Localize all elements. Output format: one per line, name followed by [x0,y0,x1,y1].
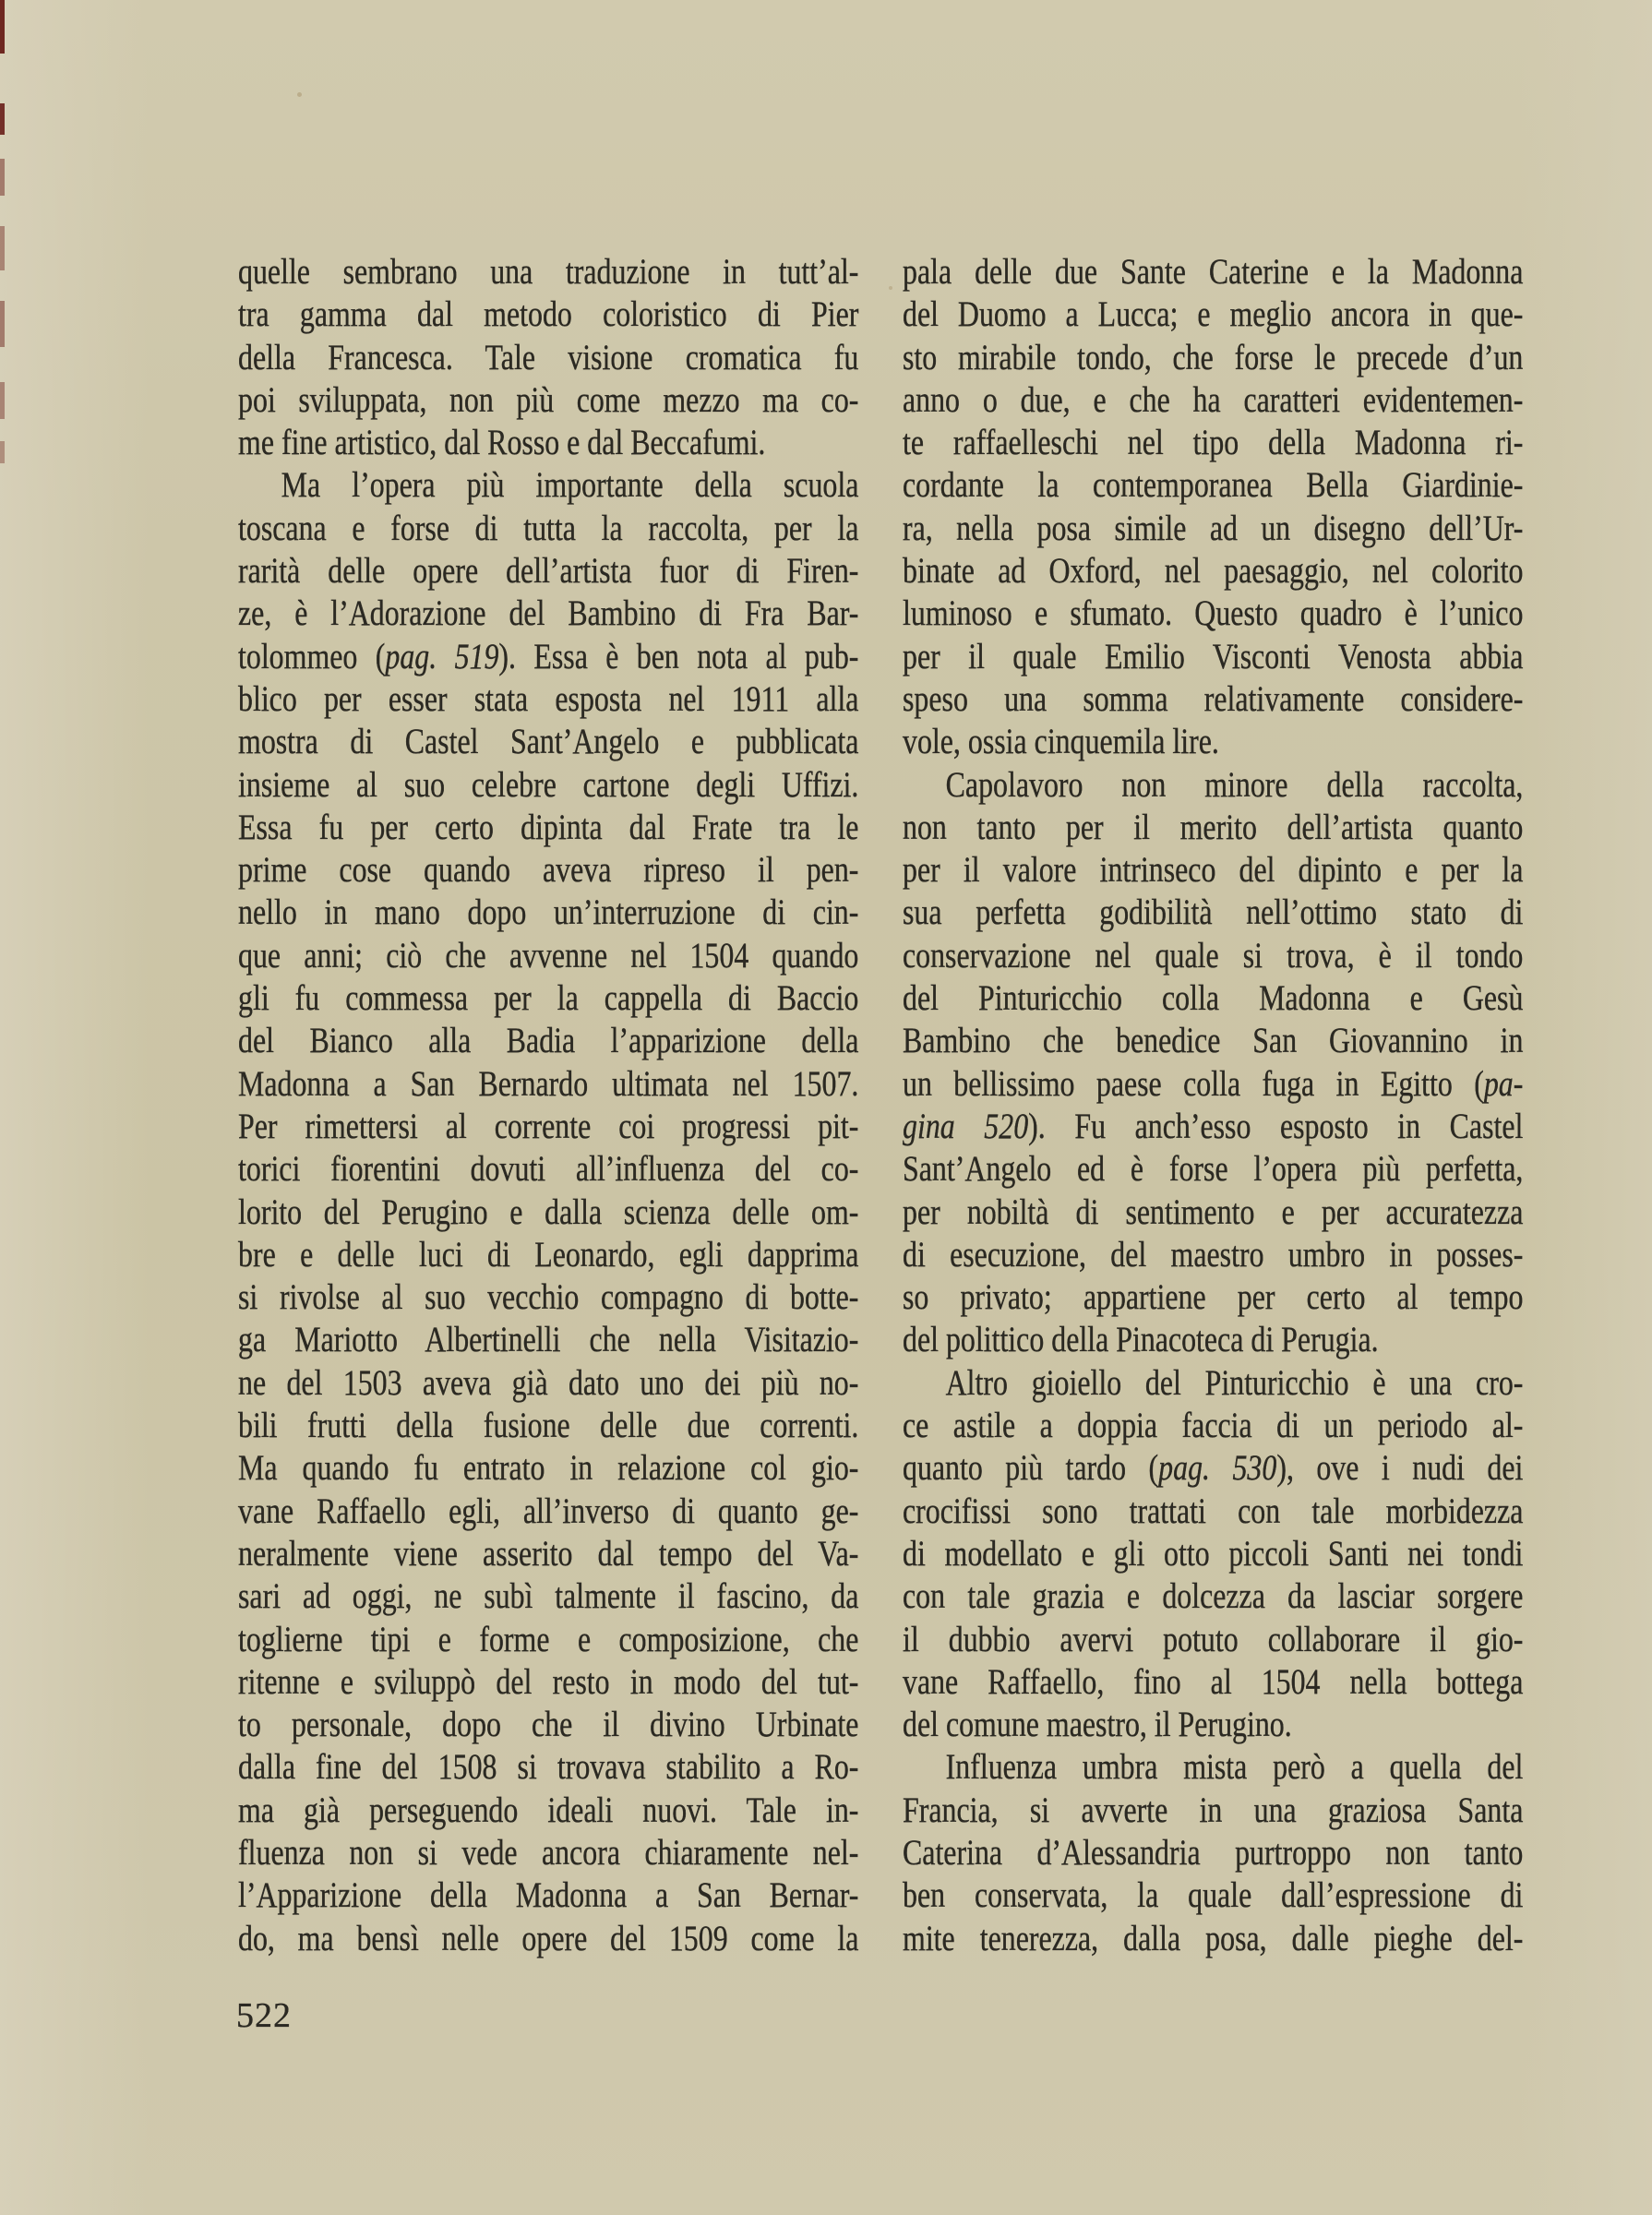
text-line: del Pinturicchio colla Madonna e Gesù [903,977,1523,1020]
text-line: del Duomo a Lucca; e meglio ancora in qu… [903,293,1523,336]
text-line: Ma quando fu entrato in relazione col gi… [238,1447,858,1490]
text-line: sari ad oggi, ne subì talmente il fascin… [238,1575,858,1618]
text-line: quanto più tardo (pag. 530), ove i nudi … [903,1447,1523,1490]
edge-mark [0,382,5,419]
edge-mark [0,441,5,463]
text-line: dalla fine del 1508 si trovava stabilito… [238,1746,858,1789]
text-line: sua perfetta godibilità nell’ottimo stat… [903,892,1523,934]
text-line: ne del 1503 aveva già dato uno dei più n… [238,1362,858,1405]
text-line: nello in mano dopo un’interruzione di ci… [238,892,858,934]
edge-mark [0,0,5,54]
text-line: Capolavoro non minore della raccolta, [903,764,1523,807]
text-line: me fine artistico, dal Rosso e dal Becca… [238,422,858,464]
text-line: quelle sembrano una traduzione in tutt’a… [238,251,858,293]
paper-speck [297,92,302,97]
text-line: anno o due, e che ha caratteri evidentem… [903,379,1523,422]
text-line: Essa fu per certo dipinta dal Frate tra … [238,807,858,849]
text-line: torici fiorentini dovuti all’influenza d… [238,1148,858,1191]
text-line: Caterina d’Alessandria purtroppo non tan… [903,1832,1523,1874]
text-line: ben conservata, la quale dall’espression… [903,1874,1523,1917]
text-line: di modellato e gli otto piccoli Santi ne… [903,1533,1523,1575]
text-line: pala delle due Sante Caterine e la Madon… [903,251,1523,293]
edge-mark [0,103,5,135]
text-line: per il valore intrinseco del dipinto e p… [903,849,1523,892]
left-column: quelle sembrano una traduzione in tutt’a… [238,251,858,1960]
text-line: Sant’Angelo ed è forse l’opera più perfe… [903,1148,1523,1191]
text-line: que anni; ciò che avvenne nel 1504 quand… [238,935,858,977]
text-line: tra gamma dal metodo coloristico di Pier [238,293,858,336]
text-line: ritenne e sviluppò del resto in modo del… [238,1661,858,1704]
text-line: luminoso e sfumato. Questo quadro è l’un… [903,593,1523,635]
text-line: bili frutti della fusione delle due corr… [238,1405,858,1447]
text-line: ra, nella posa simile ad un disegno dell… [903,508,1523,550]
text-line: Madonna a San Bernardo ultimata nel 1507… [238,1063,858,1106]
text-line: Francia, si avverte in una graziosa Sant… [903,1790,1523,1832]
edge-mark [0,159,5,196]
text-line: del comune maestro, il Perugino. [903,1704,1523,1746]
text-line: mite tenerezza, dalla posa, dalle pieghe… [903,1918,1523,1960]
text-line: Altro gioiello del Pinturicchio è una cr… [903,1362,1523,1405]
text-line: ma già perseguendo ideali nuovi. Tale in… [238,1790,858,1832]
text-line: del polittico della Pinacoteca di Perugi… [903,1319,1523,1361]
text-line: gina 520). Fu anch’esso esposto in Caste… [903,1106,1523,1148]
text-line: vane Raffaello, fino al 1504 nella botte… [903,1661,1523,1704]
text-line: insieme al suo celebre cartone degli Uff… [238,764,858,807]
right-column: pala delle due Sante Caterine e la Madon… [903,251,1523,1960]
text-line: crocifissi sono trattati con tale morbid… [903,1491,1523,1533]
text-line: ze, è l’Adorazione del Bambino di Fra Ba… [238,593,858,635]
text-line: gli fu commessa per la cappella di Bacci… [238,977,858,1020]
text-line: conservazione nel quale si trova, è il t… [903,935,1523,977]
text-line: per il quale Emilio Visconti Venosta abb… [903,636,1523,678]
text-line: Bambino che benedice San Giovannino in [903,1020,1523,1062]
text-line: do, ma bensì nelle opere del 1509 come l… [238,1918,858,1960]
text-line: un bellissimo paese colla fuga in Egitto… [903,1063,1523,1106]
text-line: lorito del Perugino e dalla scienza dell… [238,1191,858,1234]
edge-mark [0,301,5,347]
paper-speck [889,286,892,290]
text-line: te raffaelleschi nel tipo della Madonna … [903,422,1523,464]
text-line: non tanto per il merito dell’artista qua… [903,807,1523,849]
text-line: bre e delle luci di Leonardo, egli dappr… [238,1234,858,1276]
text-line: del Bianco alla Badia l’apparizione dell… [238,1020,858,1062]
page: { "page": { "number": "522", "paper_colo… [0,0,1652,2215]
text-line: rarità delle opere dell’artista fuor di … [238,550,858,593]
text-line: per nobiltà di sentimento e per accurate… [903,1191,1523,1234]
text-line: fluenza non si vede ancora chiaramente n… [238,1832,858,1874]
text-line: si rivolse al suo vecchio compagno di bo… [238,1276,858,1319]
edge-mark [0,226,5,270]
text-line: to personale, dopo che il divino Urbinat… [238,1704,858,1746]
text-line: prime cose quando aveva ripreso il pen- [238,849,858,892]
text-line: ce astile a doppia faccia di un periodo … [903,1405,1523,1447]
text-line: vane Raffaello egli, all’inverso di quan… [238,1491,858,1533]
text-line: toscana e forse di tutta la raccolta, pe… [238,508,858,550]
text-line: mostra di Castel Sant’Angelo e pubblicat… [238,721,858,763]
text-line: poi sviluppata, non più come mezzo ma co… [238,379,858,422]
text-line: sto mirabile tondo, che forse le precede… [903,337,1523,379]
text-line: blico per esser stata esposta nel 1911 a… [238,678,858,721]
text-line: Ma l’opera più importante della scuola [238,464,858,507]
text-line: della Francesca. Tale visione cromatica … [238,337,858,379]
text-line: neralmente viene asserito dal tempo del … [238,1533,858,1575]
text-line: toglierne tipi e forme e composizione, c… [238,1619,858,1661]
text-line: speso una somma relativamente considere- [903,678,1523,721]
text-line: vole, ossia cinquemila lire. [903,721,1523,763]
text-line: con tale grazia e dolcezza da lasciar so… [903,1575,1523,1618]
text-line: so privato; appartiene per certo al temp… [903,1276,1523,1319]
text-line: binate ad Oxford, nel paesaggio, nel col… [903,550,1523,593]
page-number: 522 [236,1997,292,2034]
text-line: Influenza umbra mista però a quella del [903,1746,1523,1789]
text-line: ga Mariotto Albertinelli che nella Visit… [238,1319,858,1361]
text-line: Per rimettersi al corrente coi progressi… [238,1106,858,1148]
text-line: di esecuzione, del maestro umbro in poss… [903,1234,1523,1276]
text-line: cordante la contemporanea Bella Giardini… [903,464,1523,507]
text-line: tolommeo (pag. 519). Essa è ben nota al … [238,636,858,678]
text-line: l’Apparizione della Madonna a San Bernar… [238,1874,858,1917]
text-line: il dubbio avervi potuto collaborare il g… [903,1619,1523,1661]
